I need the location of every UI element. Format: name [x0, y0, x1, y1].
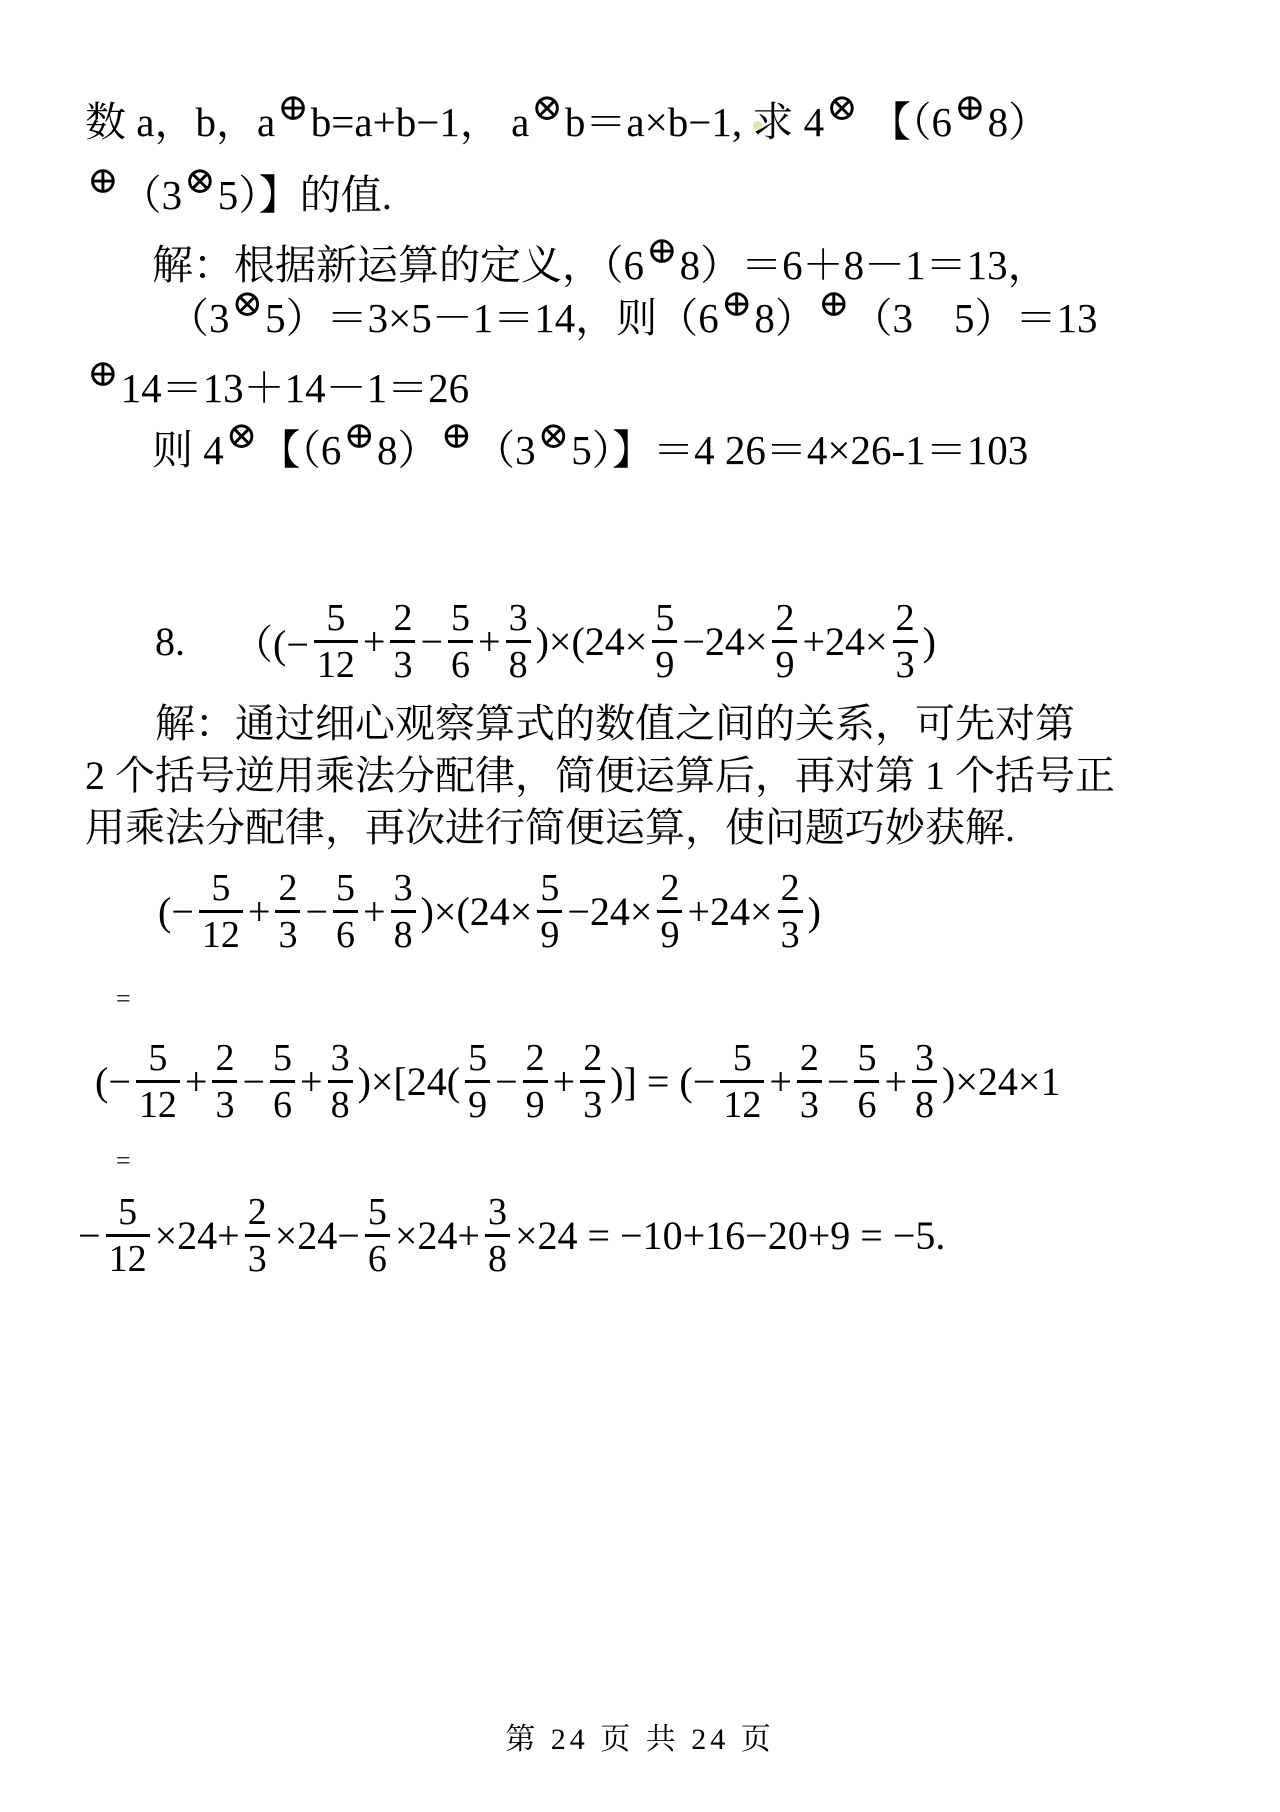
fraction: 512: [720, 1036, 764, 1127]
fraction-numerator: 3: [328, 1036, 353, 1080]
circled-plus-icon: ⊕: [440, 418, 472, 456]
fraction: 23: [778, 866, 803, 957]
problem7-statement-line-1: 数 a，b，a⊕b=a+b−1， a⊗b＝a×b−1, 求 4⊗ 【（6⊕8）: [85, 90, 1049, 147]
math-text: +: [300, 1058, 323, 1105]
fraction-denominator: 3: [275, 910, 300, 957]
math-text: 14＝13＋14－1＝26: [121, 365, 470, 411]
fraction-denominator: 8: [328, 1080, 353, 1127]
problem8-statement: 8. （(−512+23−56+38)×(24×59−24×29+24×23): [155, 596, 936, 687]
fraction: 56: [365, 1190, 390, 1281]
math-text: 【（6: [860, 99, 952, 145]
math-text: )×(24×: [421, 888, 533, 935]
fraction-denominator: 12: [720, 1080, 764, 1127]
problem7-solution-line-3: ⊕14＝13＋14－1＝26: [85, 356, 469, 413]
math-text: （3: [121, 172, 183, 218]
math-text: (−: [158, 888, 194, 935]
circled-plus-icon: ⊕: [87, 356, 119, 394]
fraction-denominator: 9: [523, 1080, 548, 1127]
fraction-numerator: 2: [390, 596, 415, 640]
fraction: 23: [580, 1036, 605, 1127]
math-text: )×[24(: [358, 1058, 461, 1105]
fraction: 23: [245, 1190, 270, 1281]
fraction-denominator: 9: [772, 640, 797, 687]
fraction: 56: [448, 596, 473, 687]
math-text: −: [827, 1058, 850, 1105]
math-text: +24×: [802, 618, 887, 665]
fraction-numerator: 2: [523, 1036, 548, 1080]
fraction-denominator: 12: [136, 1080, 180, 1127]
circled-times-icon: ⊗: [232, 286, 264, 324]
math-text: 8）＝6＋8－1＝13，: [680, 242, 1049, 288]
fraction-denominator: 8: [391, 910, 416, 957]
problem7-solution-line-2: （3⊗5）＝3×5－1＝14，则（6⊕8）⊕（3 5）＝13: [168, 286, 1097, 343]
fraction: 512: [199, 866, 243, 957]
fraction-numerator: 5: [323, 596, 348, 640]
fraction: 23: [893, 596, 918, 687]
fraction-numerator: 2: [580, 1036, 605, 1080]
fraction-denominator: 6: [854, 1080, 879, 1127]
problem8-work-expression-3: −512×24+23×24−56×24+38×24 = −10+16−20+9 …: [78, 1190, 945, 1281]
fraction: 512: [136, 1036, 180, 1127]
fraction: 38: [485, 1190, 510, 1281]
fraction: 59: [652, 596, 677, 687]
fraction-denominator: 3: [390, 640, 415, 687]
fraction-numerator: 5: [448, 596, 473, 640]
math-text: +: [769, 1058, 792, 1105]
math-text: 8）: [754, 295, 816, 341]
circled-plus-icon: ⊕: [954, 90, 986, 128]
math-text: 5）】的值.: [218, 172, 392, 218]
fraction: 59: [465, 1036, 490, 1127]
fraction: 38: [391, 866, 416, 957]
fraction-numerator: 3: [391, 866, 416, 910]
fraction-denominator: 3: [212, 1080, 237, 1127]
fraction-denominator: 8: [912, 1080, 937, 1127]
fraction-denominator: 3: [778, 910, 803, 957]
circled-times-icon: ⊗: [226, 418, 258, 456]
math-text: −: [420, 618, 443, 665]
fraction-numerator: 2: [772, 596, 797, 640]
fraction-denominator: 9: [652, 640, 677, 687]
fraction: 56: [854, 1036, 879, 1127]
fraction-denominator: 9: [657, 910, 682, 957]
fraction-numerator: 5: [730, 1036, 755, 1080]
fraction: 23: [797, 1036, 822, 1127]
fraction: 23: [212, 1036, 237, 1127]
math-text: 数 a，b，a: [85, 99, 275, 145]
math-text: ×24−: [275, 1212, 360, 1259]
fraction-numerator: 5: [208, 866, 233, 910]
fraction-numerator: 5: [115, 1190, 140, 1234]
math-text: +: [248, 888, 271, 935]
math-text: ): [923, 618, 936, 665]
math-text: −: [305, 888, 328, 935]
math-text: −24×: [682, 618, 767, 665]
circled-times-icon: ⊗: [826, 90, 858, 128]
fraction-denominator: 3: [580, 1080, 605, 1127]
fraction-denominator: 3: [245, 1234, 270, 1281]
fraction-numerator: 2: [797, 1036, 822, 1080]
fraction-numerator: 5: [854, 1036, 879, 1080]
circled-plus-icon: ⊕: [277, 90, 309, 128]
fraction-numerator: 2: [212, 1036, 237, 1080]
math-text: +: [478, 618, 501, 665]
problem8-work-expression-2: (−512+23−56+38)×[24(59−29+23)] = (−512+2…: [95, 1036, 1060, 1127]
math-text: 8）: [377, 427, 439, 473]
math-text: )×24×1: [942, 1058, 1060, 1105]
problem8-work-expression-1: (−512+23−56+38)×(24×59−24×29+24×23): [158, 866, 821, 957]
fraction: 29: [523, 1036, 548, 1127]
fraction-numerator: 2: [778, 866, 803, 910]
math-text: +: [185, 1058, 208, 1105]
math-text: (−: [95, 1058, 131, 1105]
math-text: +: [363, 888, 386, 935]
math-text: 解：根据新运算的定义，（6: [152, 242, 644, 288]
problem8-statement-expression: （(−512+23−56+38)×(24×59−24×29+24×23): [233, 596, 936, 687]
math-text: 5）】＝4 26＝4×26-1＝103: [571, 427, 1028, 473]
fraction-denominator: 9: [465, 1080, 490, 1127]
fraction-denominator: 12: [314, 640, 358, 687]
problem7-statement-line-2: ⊕（3⊗5）】的值.: [85, 163, 392, 220]
problem8-solution-text-line-2: 2 个括号逆用乘法分配律，简便运算后，再对第 1 个括号正: [85, 752, 1115, 800]
fraction: 23: [275, 866, 300, 957]
equals-sign-1: =: [116, 984, 131, 1014]
fraction: 56: [333, 866, 358, 957]
fraction: 38: [328, 1036, 353, 1127]
fraction: 23: [390, 596, 415, 687]
fraction-denominator: 6: [448, 640, 473, 687]
fraction-denominator: 6: [270, 1080, 295, 1127]
circled-plus-icon: ⊕: [87, 163, 119, 201]
circled-times-icon: ⊗: [538, 418, 570, 456]
fraction-denominator: 8: [485, 1234, 510, 1281]
fraction-denominator: 6: [365, 1234, 390, 1281]
math-text: −24×: [567, 888, 652, 935]
math-text: ×24+: [155, 1212, 240, 1259]
fraction: 29: [772, 596, 797, 687]
circled-plus-icon: ⊕: [721, 286, 753, 324]
math-text: −: [78, 1212, 101, 1259]
math-text: （3: [168, 295, 230, 341]
circled-times-icon: ⊗: [531, 90, 563, 128]
math-text: ×24+: [395, 1212, 480, 1259]
page-footer: 第 24 页 共 24 页: [0, 1714, 1280, 1758]
problem8-number: 8.: [155, 618, 185, 665]
fraction-denominator: 6: [333, 910, 358, 957]
math-text: )×(24×: [536, 618, 648, 665]
fraction: 38: [506, 596, 531, 687]
math-text: )] = (−: [610, 1058, 715, 1105]
math-text: ×24 = −10+16−20+9 = −5.: [515, 1212, 945, 1259]
math-text: 5）＝3×5－1＝14，则（6: [265, 295, 719, 341]
math-text: +: [884, 1058, 907, 1105]
fraction-numerator: 2: [275, 866, 300, 910]
fraction-numerator: 3: [485, 1190, 510, 1234]
fraction-numerator: 3: [912, 1036, 937, 1080]
circled-plus-icon: ⊕: [646, 233, 678, 271]
fraction-denominator: 9: [537, 910, 562, 957]
problem7-solution-line-1: 解：根据新运算的定义，（6⊕8）＝6＋8－1＝13，: [152, 233, 1049, 290]
math-text: （3 5）＝13: [851, 295, 1097, 341]
math-text: 【（6: [259, 427, 341, 473]
fraction-numerator: 2: [245, 1190, 270, 1234]
math-text: （(−: [233, 613, 309, 670]
fraction-numerator: 5: [333, 866, 358, 910]
document-page: 数 a，b，a⊕b=a+b−1， a⊗b＝a×b−1, 求 4⊗ 【（6⊕8） …: [0, 0, 1280, 1812]
fraction: 512: [106, 1190, 150, 1281]
math-text: ): [808, 888, 821, 935]
math-text: −: [495, 1058, 518, 1105]
fraction-numerator: 5: [365, 1190, 390, 1234]
fraction: 56: [270, 1036, 295, 1127]
circled-times-icon: ⊗: [184, 163, 216, 201]
fraction-numerator: 5: [270, 1036, 295, 1080]
fraction-numerator: 3: [506, 596, 531, 640]
fraction-denominator: 12: [106, 1234, 150, 1281]
circled-plus-icon: ⊕: [343, 418, 375, 456]
math-text: 则 4: [152, 427, 224, 473]
fraction-numerator: 5: [652, 596, 677, 640]
equals-sign-2: =: [116, 1146, 131, 1176]
math-text: +: [553, 1058, 576, 1105]
fraction-denominator: 3: [893, 640, 918, 687]
fraction-numerator: 5: [145, 1036, 170, 1080]
math-text: −: [242, 1058, 265, 1105]
fraction: 512: [314, 596, 358, 687]
fraction-numerator: 2: [893, 596, 918, 640]
fraction-denominator: 12: [199, 910, 243, 957]
problem7-solution-line-4: 则 4⊗【（6⊕8）⊕（3⊗5）】＝4 26＝4×26-1＝103: [152, 418, 1028, 475]
math-text: +24×: [687, 888, 772, 935]
fraction-numerator: 5: [537, 866, 562, 910]
math-text: b=a+b−1， a: [311, 99, 530, 145]
fraction-numerator: 5: [465, 1036, 490, 1080]
fraction-denominator: 3: [797, 1080, 822, 1127]
circled-plus-icon: ⊕: [818, 286, 850, 324]
math-text: +: [363, 618, 386, 665]
math-text: （3: [474, 427, 536, 473]
fraction: 38: [912, 1036, 937, 1127]
fraction-denominator: 8: [506, 640, 531, 687]
math-text: b＝a×b−1, 求 4: [565, 99, 824, 145]
math-text: 8）: [988, 99, 1050, 145]
fraction: 59: [537, 866, 562, 957]
fraction-numerator: 2: [657, 866, 682, 910]
fraction: 29: [657, 866, 682, 957]
problem8-solution-text-line-3: 用乘法分配律，再次进行简便运算，使问题巧妙获解.: [85, 804, 1015, 852]
ink-speck: [753, 121, 762, 130]
problem8-solution-text-line-1: 解：通过细心观察算式的数值之间的关系，可先对第: [155, 700, 1075, 748]
